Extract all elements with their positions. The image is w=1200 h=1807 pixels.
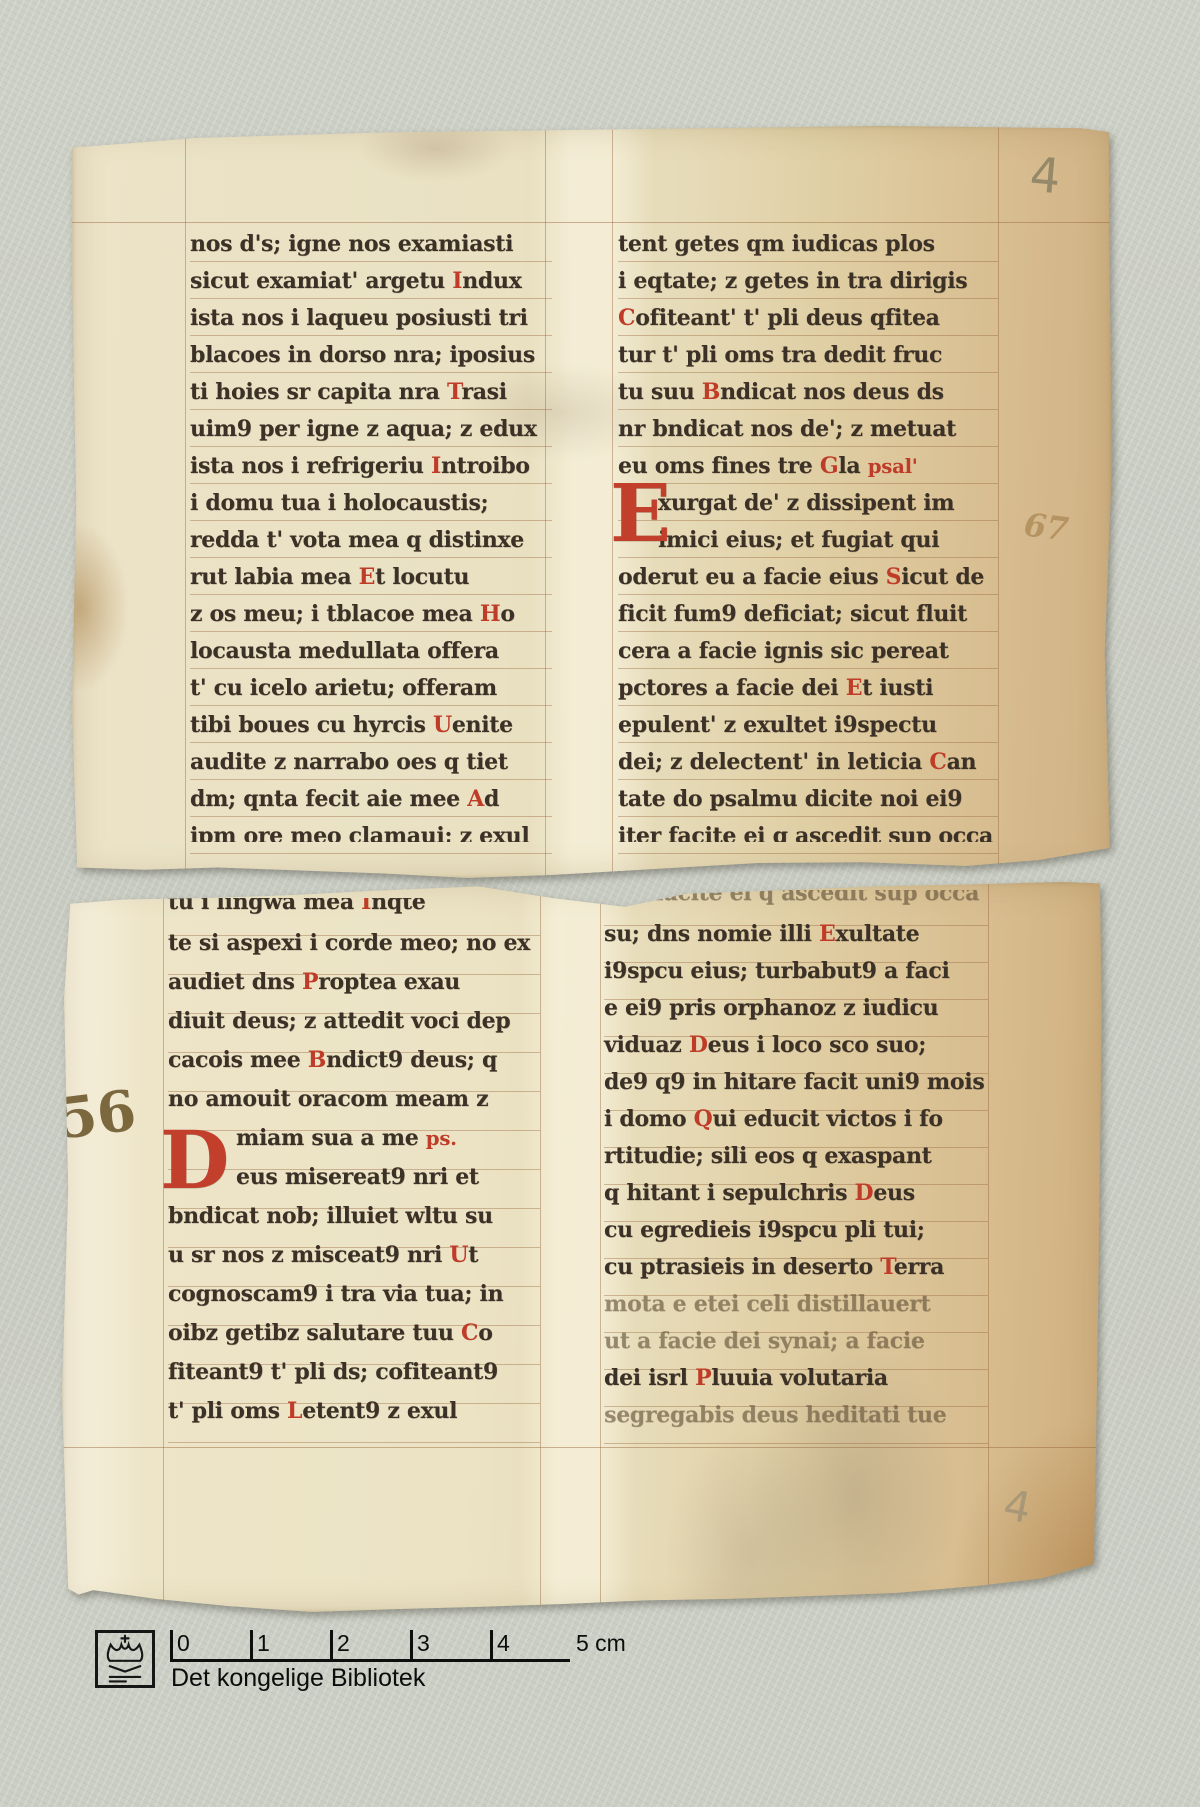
manuscript-text-line: i9spcu eius; turbabut9 a faci [604,953,988,990]
ink-text: redda t' vota mea q distinxe [190,527,524,553]
library-caption: Det kongelige Bibliotek [171,1664,425,1693]
manuscript-text-line: ti hoies sr capita nra Trasi [190,374,552,411]
ink-text: cu ptrasieis in deserto [604,1254,880,1280]
ink-text: pctores a facie dei [618,675,846,701]
manuscript-text-line: viduaz Deus i loco sco suo; [604,1027,988,1064]
manuscript-text-line: te si aspexi i corde meo; no ex [168,924,540,963]
scale-tick [490,1630,493,1661]
ink-text: cacois mee [168,1047,308,1073]
ink-text: imici eius; et fugiat qui [658,527,939,553]
ink-text: ut a facie dei synai; a facie [604,1328,925,1354]
ink-text: cera a facie ignis sic pereat [618,638,949,664]
rubric-text: Q [694,1106,713,1132]
ink-text: ista nos i laqueu posiusti tri [190,305,528,331]
ink-text: d [484,786,499,812]
rubric-text: E [359,564,375,590]
manuscript-text-line: cu egredieis i9spcu pli tui; [604,1212,988,1249]
rubric-text: A [467,786,484,812]
ink-text: an [947,749,977,775]
rubric-text: I [452,268,462,294]
ink-text: tent getes qm iudicas plos [618,231,935,257]
rubric-text: D [855,1180,874,1206]
ink-text: oibz getibz salutare tuu [168,1320,461,1346]
ink-text: etent9 z exul [302,1398,457,1424]
scale-tick [170,1630,173,1661]
rubric-text: I [361,898,371,915]
manuscript-text-line: i domo Qui educit victos i fo [604,1101,988,1138]
scale-tick-label: 3 [417,1630,430,1657]
manuscript-text-line: tate do psalmu dicite noi ei9 [618,781,998,818]
manuscript-text-line: eu oms fines tre Gla psal' [618,448,998,485]
manuscript-photo: nos d's; igne nos examiastisicut examiat… [0,0,1200,1807]
manuscript-text-line: segregabis deus heditati tue [604,1397,988,1434]
manuscript-text-line: tu suu Bndicat nos deus ds [618,374,998,411]
rubric-text: C [461,1320,478,1346]
ink-text: epulent' z exultet i9spectu [618,712,937,738]
ink-text: tu suu [618,379,702,405]
rubric-text: B [702,379,720,405]
manuscript-text-line: ista nos i refrigeriu Introibo [190,448,552,485]
ink-text: audite z narrabo oes q tiet [190,749,508,775]
ink-text: dm; qnta fecit aie mee [190,786,467,812]
ink-text: rtitudie; sili eos q exaspant [604,1143,932,1169]
ink-text: eus misereat9 nri et [236,1164,479,1190]
scale-tick-label: 1 [257,1630,270,1657]
ink-text: miam sua a me [236,1125,426,1151]
ink-text: roptea exau [318,969,460,995]
ink-text: i domo [604,1106,694,1132]
manuscript-text-line: xurgat de' z dissipent im [618,485,998,522]
ink-text: q hitant i sepulchris [604,1180,855,1206]
rubric-text: U [433,712,452,738]
ink-text: rasi [461,379,506,405]
manuscript-text-line: dei; z delectent' in leticia Can [618,744,998,781]
crown-monogram-icon [98,1633,152,1685]
rubric-text: P [695,1365,711,1391]
manuscript-text-line: ficit fum9 deficiat; sicut fluit [618,596,998,633]
ink-text: luuia volutaria [711,1365,888,1391]
manuscript-text-line: sicut examiat' argetu Indux [190,263,552,300]
ink-text: cognoscam9 i tra via tua; in [168,1281,503,1307]
manuscript-text-line: audite z narrabo oes q tiet [190,744,552,781]
rubric-text: G [820,453,839,479]
manuscript-text-line: t' cu icelo arietu; offeram [190,670,552,707]
manuscript-text-line: iter facite ei q ascedit sup occa [604,890,988,916]
ink-text: ndux [462,268,521,294]
rubric-text: E [819,921,835,947]
ink-text: t [468,1242,478,1268]
manuscript-text-line: epulent' z exultet i9spectu [618,707,998,744]
rubric-text: D [689,1032,708,1058]
ink-text: xultate [835,921,919,947]
parchment-fragment-lower: tu i lingwa mea Inqtete si aspexi i cord… [62,882,1104,1612]
ink-text: uim9 per igne z aqua; z edux [190,416,537,442]
royal-library-logo [95,1630,155,1688]
parchment-fragment-lower-wrap: tu i lingwa mea Inqtete si aspexi i cord… [62,882,1104,1612]
rubric-text: C [618,305,635,331]
manuscript-text-line: cu ptrasieis in deserto Terra [604,1249,988,1286]
manuscript-text-line: fiteant9 t' pli ds; cofiteant9 [168,1353,540,1392]
ink-text: dei isrl [604,1365,695,1391]
manuscript-text-line: ipm ore meo clamaui; z exul [190,818,552,842]
text-column-lower-right: iter facite ei q ascedit sup occasu; dns… [604,890,988,1445]
manuscript-text-line: su; dns nomie illi Exultate [604,916,988,953]
ink-text: tate do psalmu dicite noi ei9 [618,786,962,812]
scale-bar: 012345 cm [170,1630,640,1664]
ink-text: nos d's; igne nos examiasti [190,231,513,257]
manuscript-text-line: oibz getibz salutare tuu Co [168,1314,540,1353]
manuscript-text-line: oderut eu a facie eius Sicut de [618,559,998,596]
manuscript-text-line: e ei9 pris orphanoz z iudicu [604,990,988,1027]
ink-text: fiteant9 t' pli ds; cofiteant9 [168,1359,498,1385]
manuscript-text-line: ut a facie dei synai; a facie [604,1323,988,1360]
text-column-upper-right: tent getes qm iudicas plosi eqtate; z ge… [618,226,998,855]
ink-text: de9 q9 in hitare facit uni9 mois [604,1069,984,1095]
ink-text: z os meu; i tblacoe mea [190,601,480,627]
manuscript-text-line: ista nos i laqueu posiusti tri [190,300,552,337]
ink-text: oderut eu a facie eius [618,564,886,590]
rubric-text: psal' [868,454,918,478]
photo-footer: 012345 cm Det kongelige Bibliotek [0,1620,1200,1740]
ink-text: ntroibo [441,453,530,479]
ink-text: nqte [371,898,425,915]
ink-text: te si aspexi i corde meo; no ex [168,930,530,956]
text-column-upper-left: nos d's; igne nos examiastisicut examiat… [190,226,552,855]
ink-text: rut labia mea [190,564,359,590]
ink-text: iter facite ei q ascedit sup occa [618,823,993,842]
folio-number-pencil: 4 [1028,147,1063,205]
scale-tick-label: 2 [337,1630,350,1657]
ink-text: e ei9 pris orphanoz z iudicu [604,995,938,1021]
ink-text: enite [452,712,513,738]
manuscript-text-line: diuit deus; z attedit voci dep [168,1002,540,1041]
ruling-vertical-right-margin [988,882,989,1612]
ink-text: t iusti [862,675,933,701]
folio-number-pencil-lower: 4 [1000,1480,1036,1533]
manuscript-text-line: pctores a facie dei Et iusti [618,670,998,707]
drop-initial: E [610,473,671,553]
ink-text: t locutu [375,564,469,590]
manuscript-text-line: rtitudie; sili eos q exaspant [604,1138,988,1175]
ink-text: la [838,453,867,479]
manuscript-text-line: dm; qnta fecit aie mee Ad [190,781,552,818]
scale-tick-label: 4 [497,1630,510,1657]
manuscript-text-line: blacoes in dorso nra; iposius [190,337,552,374]
manuscript-text-line: rut labia mea Et locutu [190,559,552,596]
ink-text: i domu tua i holocaustis; [190,490,488,516]
ruling-vertical-right-margin [998,126,999,878]
ink-text: sicut examiat' argetu [190,268,452,294]
ink-text: ui educit victos i fo [712,1106,942,1132]
ink-text: viduaz [604,1032,689,1058]
rubric-text: T [447,379,461,405]
ink-text: dei; z delectent' in leticia [618,749,929,775]
ink-text: cu egredieis i9spcu pli tui; [604,1217,925,1243]
manuscript-text-line: de9 q9 in hitare facit uni9 mois [604,1064,988,1101]
ruling-vertical-left-margin [163,882,164,1612]
manuscript-text-line: i eqtate; z getes in tra dirigis [618,263,998,300]
manuscript-text-line: redda t' vota mea q distinxe [190,522,552,559]
scale-tick [330,1630,333,1661]
manuscript-text-line: mota e etei celi distillauert [604,1286,988,1323]
manuscript-text-line: audiet dns Proptea exau [168,963,540,1002]
ink-text: iter facite ei q ascedit sup occa [604,890,979,906]
parchment-fragment-upper: nos d's; igne nos examiastisicut examiat… [72,126,1112,878]
ink-text: segregabis deus heditati tue [604,1402,946,1428]
ink-text: tur t' pli oms tra dedit fruc [618,342,942,368]
ruling-vertical-col2-left [600,882,601,1612]
scale-tick-label: 0 [177,1630,190,1657]
ink-text: eus [873,1180,914,1206]
ink-text: ndicat nos deus ds [720,379,944,405]
manuscript-text-line: t' pli oms Letent9 z exul [168,1392,540,1431]
rubric-text: P [302,969,318,995]
ink-text: no amouit oracom meam z [168,1086,488,1112]
margin-psalm-numeral-right: 67 [1022,505,1071,548]
ink-text: ofiteant' t' pli deus qfitea [635,305,939,331]
manuscript-text-line: imici eius; et fugiat qui [618,522,998,559]
ruling-vertical-left-margin [185,126,186,878]
manuscript-text-line: cera a facie ignis sic pereat [618,633,998,670]
manuscript-text-line: tu i lingwa mea Inqte [168,898,540,924]
rubric-text: L [287,1398,302,1424]
rubric-text: S [886,564,902,590]
manuscript-text-line: tur t' pli oms tra dedit fruc [618,337,998,374]
margin-psalm-numeral-left: 56 [54,1077,139,1152]
rubric-text: B [308,1047,326,1073]
rubric-text: U [449,1242,468,1268]
manuscript-text-line: u sr nos z misceat9 nri Ut [168,1236,540,1275]
ink-text: t' pli oms [168,1398,287,1424]
rubric-text: T [880,1254,894,1280]
ink-text: o [500,601,514,627]
ink-text: nr bndicat nos de'; z metuat [618,416,956,442]
ink-text: eus i loco sco suo; [708,1032,926,1058]
parchment-fragment-upper-wrap: nos d's; igne nos examiastisicut examiat… [72,126,1112,878]
ruling-vertical-col1-right [540,882,541,1612]
manuscript-text-line: uim9 per igne z aqua; z edux [190,411,552,448]
manuscript-text-line: nr bndicat nos de'; z metuat [618,411,998,448]
drop-initial: D [160,1120,229,1200]
ink-text: mota e etei celi distillauert [604,1291,930,1317]
manuscript-text-line: dei isrl Pluuia volutaria [604,1360,988,1397]
ink-text: ti hoies sr capita nra [190,379,447,405]
ink-text: blacoes in dorso nra; iposius [190,342,535,368]
ink-text: o [478,1320,492,1346]
ink-text: erra [894,1254,944,1280]
manuscript-text-line: Cofiteant' t' pli deus qfitea [618,300,998,337]
manuscript-text-line: cacois mee Bndict9 deus; q [168,1041,540,1080]
ink-text: diuit deus; z attedit voci dep [168,1008,510,1034]
ink-text: tibi boues cu hyrcis [190,712,433,738]
ink-text: ista nos i refrigeriu [190,453,431,479]
manuscript-text-line: tibi boues cu hyrcis Uenite [190,707,552,744]
ink-text: xurgat de' z dissipent im [658,490,954,516]
scale-tick [410,1630,413,1661]
rubric-text: I [431,453,441,479]
ink-text: audiet dns [168,969,302,995]
rubric-text: C [929,749,946,775]
ink-text: locausta medullata offera [190,638,499,664]
ruling-horizontal-bottom-margin [62,1447,1104,1448]
manuscript-text-line: tent getes qm iudicas plos [618,226,998,263]
rubric-text: ps. [426,1126,457,1150]
scale-tick [250,1630,253,1661]
ruling-horizontal-top [72,222,1112,223]
ink-text: tu i lingwa mea [168,898,361,915]
ink-text: i9spcu eius; turbabut9 a faci [604,958,950,984]
manuscript-text-line: cognoscam9 i tra via tua; in [168,1275,540,1314]
ink-text: ndict9 deus; q [326,1047,497,1073]
ink-text: ipm ore meo clamaui; z exul [190,823,529,842]
manuscript-text-line: q hitant i sepulchris Deus [604,1175,988,1212]
manuscript-text-line: z os meu; i tblacoe mea Ho [190,596,552,633]
scale-end-label: 5 cm [576,1630,626,1657]
ink-text: su; dns nomie illi [604,921,819,947]
manuscript-text-line: i domu tua i holocaustis; [190,485,552,522]
manuscript-text-line: nos d's; igne nos examiasti [190,226,552,263]
manuscript-text-line: iter facite ei q ascedit sup occa [618,818,998,842]
scale-bar-baseline [170,1659,570,1662]
ink-text: ficit fum9 deficiat; sicut fluit [618,601,967,627]
rubric-text: H [480,601,501,627]
ink-text: i eqtate; z getes in tra dirigis [618,268,967,294]
ink-text: t' cu icelo arietu; offeram [190,675,497,701]
ink-text: icut de [901,564,984,590]
ink-text: u sr nos z misceat9 nri [168,1242,449,1268]
manuscript-text-line: locausta medullata offera [190,633,552,670]
rubric-text: E [846,675,862,701]
text-column-lower-left: tu i lingwa mea Inqtete si aspexi i cord… [168,898,540,1444]
